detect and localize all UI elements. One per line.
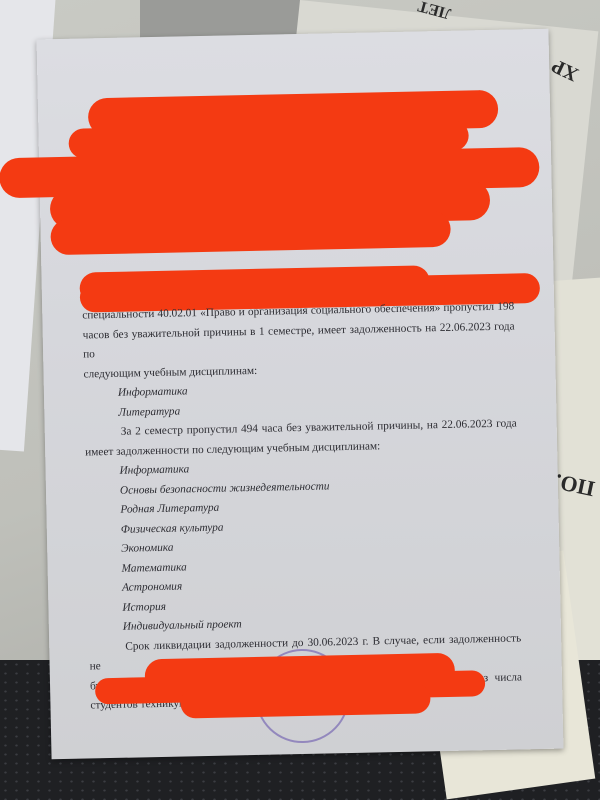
letter-sheet: специальности 40.02.01 «Право и организа… xyxy=(37,29,564,760)
redaction-header xyxy=(50,211,451,255)
redaction-signature xyxy=(180,683,431,718)
